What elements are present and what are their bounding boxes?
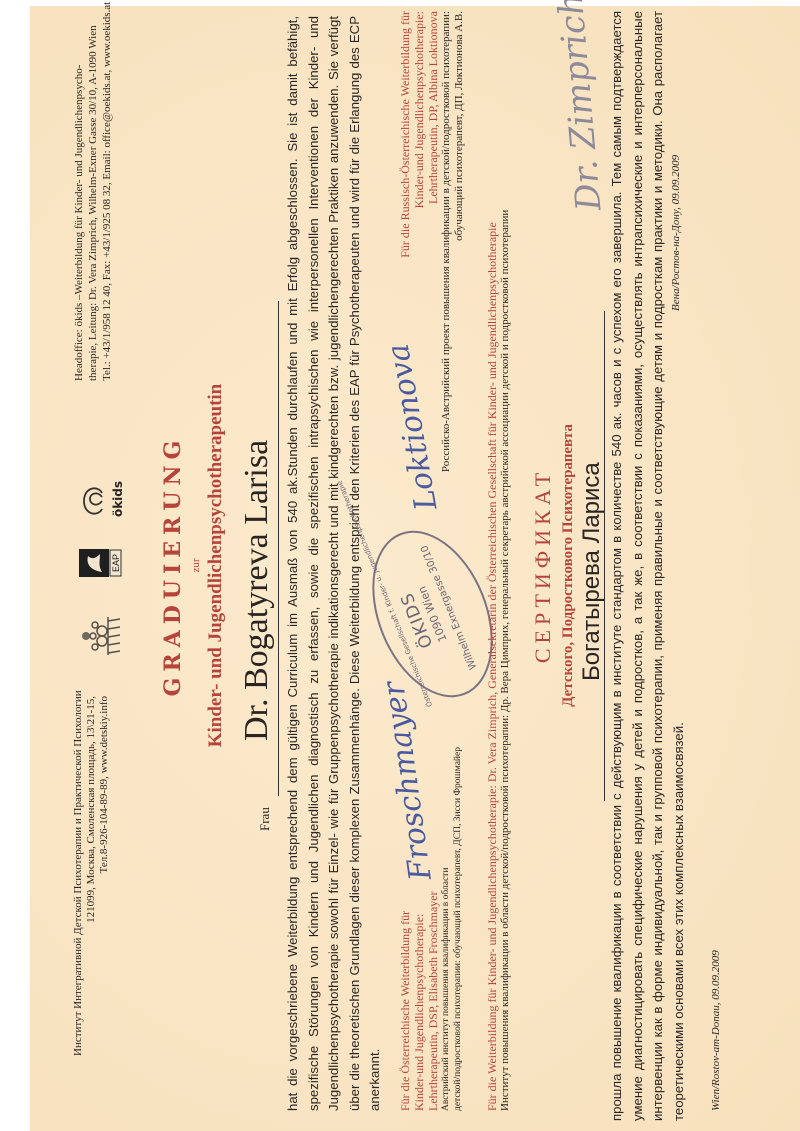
signatory-line: Kinder-und Jugendlichenpsychotherapie: bbox=[412, 11, 426, 431]
institute-name: Институт Интегративной Детской Психотера… bbox=[72, 696, 85, 1056]
russian-austrian-signatory-ru: Российско-Австрийский проект повышения к… bbox=[440, 11, 466, 571]
okids-logo: ökids bbox=[80, 477, 122, 521]
certificate-subtitle-ru: Детского, Подросткового Психотерапевта bbox=[560, 0, 577, 1131]
crown-logo-icon bbox=[80, 611, 122, 661]
russian-austrian-signatory-block: Für die Russisch-Österreichische Weiterb… bbox=[398, 11, 440, 431]
german-subtitle: Kinder- und Jugendlichenpsychotherapeuti… bbox=[205, 0, 227, 1131]
signatory-line-ru: Российско-Австрийский проект повышения к… bbox=[440, 11, 453, 571]
signatory-line: Lehrtherapeutin, DP, Albina Loktionova bbox=[426, 11, 440, 431]
office-line-3: Tel.: +43/1/958 12 40, Fax: +43/1/925 08… bbox=[100, 2, 114, 381]
zimprich-signatory-block: Für die Weiterbildung für Kinder- und Ju… bbox=[485, 210, 512, 1111]
zur-label: zur bbox=[190, 0, 202, 1131]
institute-address: 121099, Москва, Смоленская площадь, 13\2… bbox=[85, 696, 98, 1056]
recipient-name-de: Dr. Bogatyreva Larisa bbox=[238, 440, 276, 741]
signatory-line-ru: детской/подростковой психотерапии: обуча… bbox=[452, 751, 464, 1111]
signatory-line-ru: обучающий психотерапевт, ДП, Локтионова … bbox=[453, 11, 466, 571]
eap-logo: EAP bbox=[78, 548, 122, 578]
recipient-name-ru: Богатырева Лариса bbox=[578, 462, 606, 681]
austrian-office-header: Headoffice: ökids –Weiterbildung für Kin… bbox=[72, 2, 114, 381]
okids-logo-text: ökids bbox=[111, 477, 125, 521]
signatory-line: Für die Weiterbildung für Kinder- und Ju… bbox=[485, 210, 499, 1111]
certificate-title-ru: СЕРТИФИКАТ bbox=[530, 0, 556, 1131]
institute-contact: Тел.8-926-104-89-89, www.detskiy.info bbox=[98, 696, 111, 1056]
place-date-de: Wien/Rostov-am-Donau, 09.09.2009 bbox=[710, 950, 722, 1111]
signatory-line: Für die Russisch-Österreichische Weiterb… bbox=[398, 11, 412, 431]
office-line-2: therapie, Leitung: Dr. Vera Zimprich, Wi… bbox=[86, 2, 100, 381]
salutation: Frau bbox=[257, 807, 273, 831]
place-date-ru: Вена/Ростов-на-Дону, 09.09.2009 bbox=[670, 155, 682, 311]
russian-institute-header: Институт Интегративной Детской Психотера… bbox=[72, 696, 111, 1056]
certificate-document: Институт Интегративной Детской Психотера… bbox=[0, 0, 800, 1131]
graduation-title: GRADUIERUNG bbox=[160, 0, 186, 1131]
signatory-line-ru: Институт повышения квалификации в област… bbox=[499, 210, 512, 1111]
signatory-line-ru: Австрийский институт повышения квалифика… bbox=[440, 751, 452, 1111]
svg-text:EAP: EAP bbox=[111, 554, 121, 572]
office-line-1: Headoffice: ökids –Weiterbildung für Kin… bbox=[72, 2, 86, 381]
